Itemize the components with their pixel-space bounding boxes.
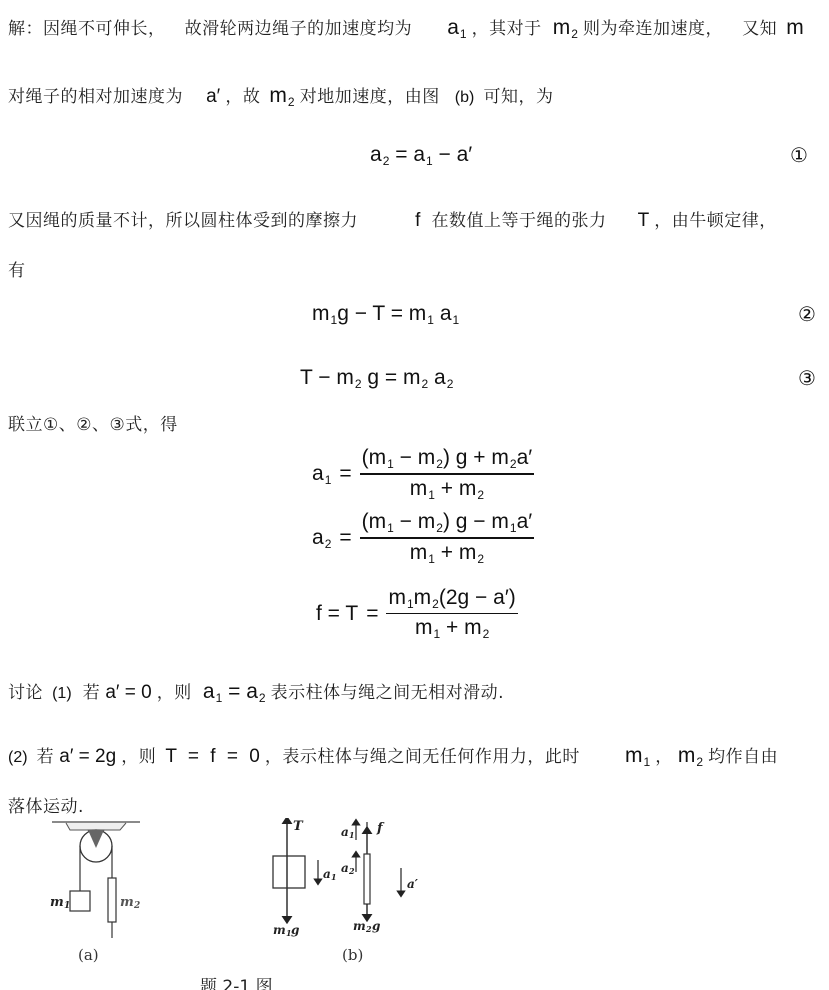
text: ，故 [225, 87, 260, 107]
text: ，由牛顿定律， [654, 211, 777, 231]
paragraph-2-line-1: 又因绳的质量不计，所以圆柱体受到的摩擦力 f 在数值上等于绳的张力 T ，由牛顿… [8, 206, 777, 232]
text: 表示柱体与绳之间无相对滑动. [271, 683, 504, 703]
text: 在数值上等于绳的张力 [431, 211, 606, 231]
free-body-diagram: T a 1 m 1 g a 1 a 2 f a′ m 2 g [255, 818, 435, 948]
svg-text:g: g [372, 919, 380, 933]
var-m-cut: m [786, 16, 804, 39]
svg-text:m: m [50, 895, 64, 910]
var-m1: m1 [625, 744, 650, 767]
separator: ， [655, 747, 673, 767]
svg-text:2: 2 [348, 866, 355, 876]
text: ，其对于 [472, 19, 542, 39]
svg-text:f: f [376, 821, 385, 836]
svg-text:a: a [341, 861, 349, 875]
text: 若 [37, 747, 55, 767]
figure-b-label: (b) [342, 946, 363, 964]
svg-text:g: g [291, 923, 299, 937]
text: 对绳子的相对加速度为 [8, 87, 183, 107]
svg-text:m: m [353, 919, 366, 933]
fraction: m1m2(2g − a′) m1 + m2 [386, 586, 517, 641]
equation-1: a2 = a1 − a′ [370, 143, 472, 168]
text: 故滑轮两边绳子的加速度均为 [185, 19, 413, 39]
item-number: (2) [8, 749, 28, 766]
pulley-diagram: m 1 m 2 [30, 818, 160, 948]
text: 解：因绳不可伸长， [8, 19, 166, 39]
figure-a: m 1 m 2 (a) [30, 818, 160, 968]
text: 又因绳的质量不计，所以圆柱体受到的摩擦力 [8, 211, 358, 231]
combine-text: 联立①、②、③式，得 [8, 410, 178, 435]
discussion-2: (2) 若 a′ = 2g ，则 T = f = 0 ，表示柱体与绳之间无任何作… [8, 742, 778, 769]
figure-caption: 题 2-1 图 [200, 972, 273, 990]
equation-2: m1g − T = m1 a1 [312, 302, 459, 327]
discussion-2-line-2: 落体运动. [8, 792, 84, 817]
text: 对地加速度，由图 [300, 87, 440, 107]
fraction: (m1 − m2) g + m2a′ m1 + m2 [360, 446, 535, 502]
var-T: T [638, 210, 650, 231]
result-a1: a1 = (m1 − m2) g + m2a′ m1 + m2 [312, 446, 534, 502]
svg-text:a: a [341, 825, 349, 839]
equation-number-1: ① [790, 143, 808, 167]
equation-3: T − m2 g = m2 a2 [300, 366, 453, 391]
text: 若 [83, 683, 101, 703]
var-m2: m2 [269, 84, 294, 107]
text: ，表示柱体与绳之间无任何作用力，此时 [265, 747, 580, 767]
discussion-1: 讨论 (1) 若 a′ = 0 ，则 a1 = a2 表示柱体与绳之间无相对滑动… [8, 678, 504, 705]
var-a-prime: a′ [206, 86, 220, 107]
text: 又知 [742, 19, 777, 39]
text: ，则 [121, 747, 156, 767]
fraction: (m1 − m2) g − m1a′ m1 + m2 [360, 510, 535, 566]
text: 可知，为 [483, 87, 553, 107]
figure-b: T a 1 m 1 g a 1 a 2 f a′ m 2 g (b) [255, 818, 435, 968]
condition: a′ = 2g [59, 746, 116, 767]
equation: T = f = 0 [165, 746, 259, 767]
text: 讨论 [8, 683, 43, 703]
item-number: (1) [52, 685, 72, 702]
result-f-equals-T: f = T = m1m2(2g − a′) m1 + m2 [316, 586, 518, 641]
condition: a′ = 0 [105, 682, 151, 703]
var-m2: m2 [678, 744, 703, 767]
svg-text:1: 1 [64, 901, 70, 911]
var-m2: m2 [553, 16, 578, 39]
text: ，则 [157, 683, 192, 703]
equation: a1 = a2 [203, 680, 266, 703]
result-a2: a2 = (m1 − m2) g − m1a′ m1 + m2 [312, 510, 534, 566]
svg-text:1: 1 [349, 830, 355, 840]
equation-number-3: ③ [798, 366, 816, 390]
svg-text:T: T [293, 819, 304, 834]
svg-text:2: 2 [365, 924, 372, 934]
equation-number-2: ② [798, 302, 816, 326]
svg-text:2: 2 [133, 901, 140, 911]
paragraph-1-line-2: 对绳子的相对加速度为 a′ ，故 m2 对地加速度，由图 (b) 可知，为 [8, 82, 553, 109]
paragraph-1-line-1: 解：因绳不可伸长， 故滑轮两边绳子的加速度均为 a1 ，其对于 m2 则为牵连加… [8, 14, 804, 41]
text: 均作自由 [708, 747, 778, 767]
paragraph-2-line-2: 有 [8, 256, 26, 281]
figure-ref: (b) [455, 89, 475, 106]
svg-text:1: 1 [331, 872, 337, 882]
svg-text:m: m [120, 895, 134, 910]
text: 则为牵连加速度， [583, 19, 723, 39]
var-a1: a1 [447, 16, 466, 39]
svg-text:m: m [273, 923, 286, 937]
var-f: f [415, 210, 420, 231]
svg-text:a′: a′ [407, 877, 419, 891]
figure-a-label: (a) [78, 946, 99, 964]
svg-text:a: a [323, 867, 331, 881]
